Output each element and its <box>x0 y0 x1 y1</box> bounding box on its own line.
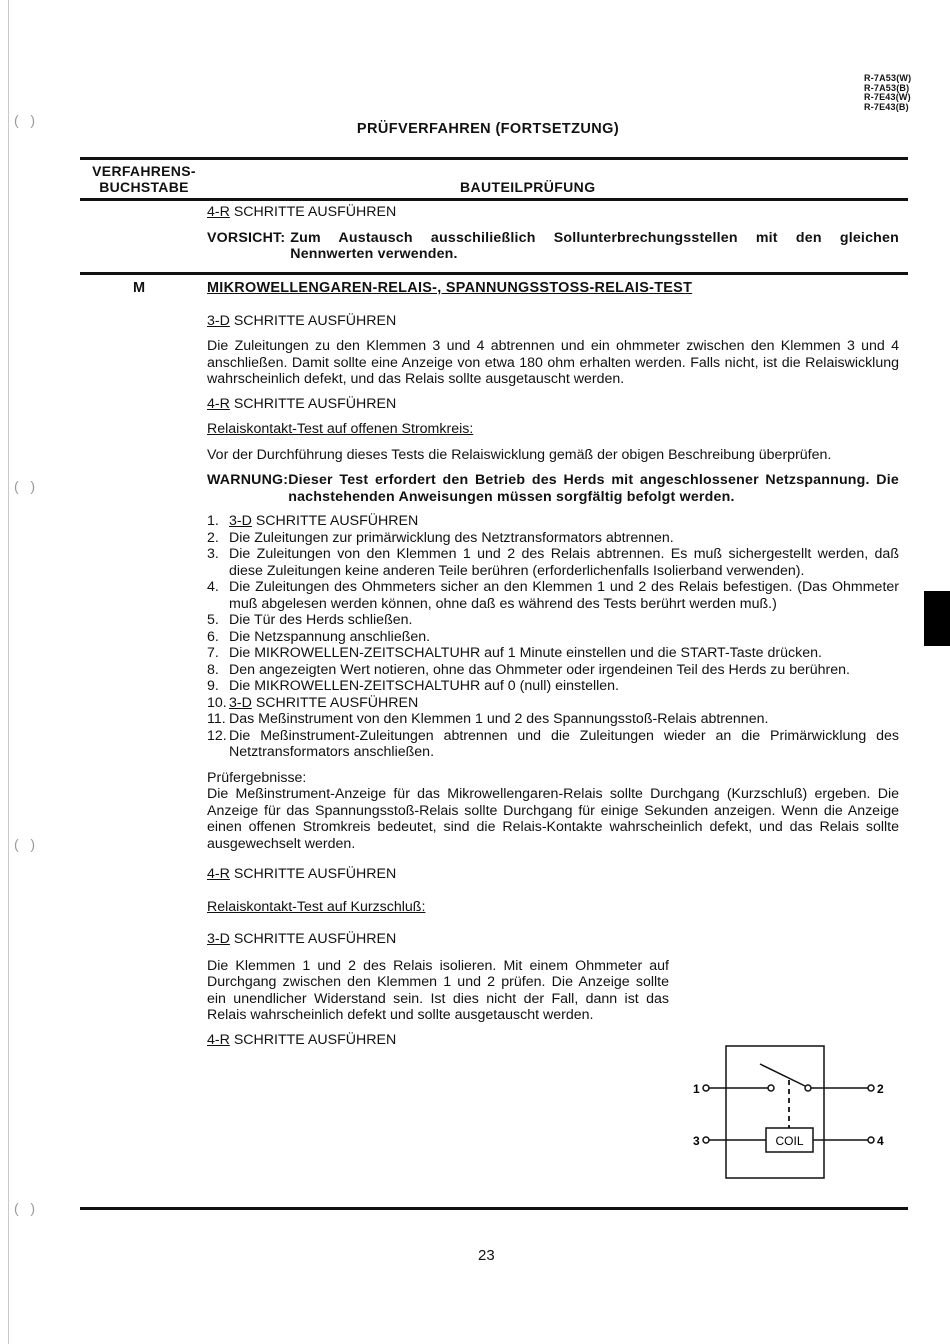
step-number: 7. <box>207 645 229 662</box>
relay-diagram: COIL 1 2 3 4 <box>690 1044 890 1184</box>
model-code: R-7E43(B) <box>864 103 911 113</box>
results-label: Prüfergebnisse: <box>207 770 899 787</box>
warning-label: WARNUNG: <box>207 472 288 505</box>
relay-housing <box>726 1046 824 1178</box>
procedure-step: 5.Die Tür des Herds schließen. <box>207 612 899 629</box>
step-text: SCHRITTE AUSFÜHREN <box>230 313 396 329</box>
section-title: MIKROWELLENGAREN-RELAIS-, SPANNUNGSSTOSS… <box>207 280 899 297</box>
step-text: SCHRITTE AUSFÜHREN <box>230 1032 396 1048</box>
footer-rule <box>80 1207 908 1210</box>
step-number: 3. <box>207 546 229 579</box>
step-number: 9. <box>207 678 229 695</box>
step-text: Die Tür des Herds schließen. <box>229 612 899 629</box>
step-number: 6. <box>207 629 229 646</box>
step-ref-text: SCHRITTE AUSFÜHREN <box>252 695 418 711</box>
step-text: Den angezeigten Wert notieren, ohne das … <box>229 662 899 679</box>
procedure-step: 4.Die Zuleitungen des Ohmmeters sicher a… <box>207 579 899 612</box>
step-number: 11. <box>207 711 229 728</box>
step-line: 3-D SCHRITTE AUSFÜHREN <box>207 931 899 948</box>
procedure-step: 8.Den angezeigten Wert notieren, ohne da… <box>207 662 899 679</box>
step-text: Die Zuleitungen von den Klemmen 1 und 2 … <box>229 546 899 579</box>
step-text: SCHRITTE AUSFÜHREN <box>230 396 396 412</box>
step-ref-link[interactable]: 4-R <box>207 396 230 412</box>
step-text: Die MIKROWELLEN-ZEITSCHALTUHR auf 0 (nul… <box>229 678 899 695</box>
section-letter: M <box>133 280 145 296</box>
step-text: Die Zuleitungen zur primärwicklung des N… <box>229 530 899 547</box>
short-circuit-paragraph: Die Klemmen 1 und 2 des Relais isolieren… <box>207 958 669 1024</box>
warning-note: WARNUNG: Dieser Test erfordert den Betri… <box>207 472 899 505</box>
step-number: 10. <box>207 695 229 712</box>
step-ref-link[interactable]: 4-R <box>207 204 230 220</box>
header-top-rule <box>80 157 908 160</box>
warning-text: Dieser Test erfordert den Betrieb des He… <box>288 472 899 505</box>
procedure-step: 9.Die MIKROWELLEN-ZEITSCHALTUHR auf 0 (n… <box>207 678 899 695</box>
subheading-short-circuit: Relaiskontakt-Test auf Kurzschluß: <box>207 899 899 916</box>
procedure-step: 7.Die MIKROWELLEN-ZEITSCHALTUHR auf 1 Mi… <box>207 645 899 662</box>
coil-test-paragraph: Die Zuleitungen zu den Klemmen 3 und 4 a… <box>207 338 899 388</box>
step-text: SCHRITTE AUSFÜHREN <box>230 204 396 220</box>
results-paragraph: Die Meßinstrument-Anzeige für das Mikrow… <box>207 786 899 852</box>
header-line: BUCHSTABE <box>80 179 208 195</box>
step-ref-link[interactable]: 3-D <box>207 931 230 947</box>
step-number: 4. <box>207 579 229 612</box>
step-text: 3-D SCHRITTE AUSFÜHREN <box>229 695 899 712</box>
header-line: VERFAHRENS- <box>80 163 208 179</box>
terminal-label: 2 <box>877 1082 884 1096</box>
step-ref-link[interactable]: 3-D <box>229 513 252 529</box>
terminal-label: 4 <box>877 1134 884 1148</box>
page-number: 23 <box>478 1247 495 1264</box>
procedure-step: 6.Die Netzspannung anschließen. <box>207 629 899 646</box>
step-number: 1. <box>207 513 229 530</box>
procedure-step: 10.3-D SCHRITTE AUSFÜHREN <box>207 695 899 712</box>
step-text: Die Netzspannung anschließen. <box>229 629 899 646</box>
step-number: 8. <box>207 662 229 679</box>
procedure-letter-header: VERFAHRENS- BUCHSTABE <box>80 163 208 195</box>
step-text: Die MIKROWELLEN-ZEITSCHALTUHR auf 1 Minu… <box>229 645 899 662</box>
component-test-header: BAUTEILPRÜFUNG <box>460 179 595 195</box>
previous-section: 4-R SCHRITTE AUSFÜHREN VORSICHT: Zum Aus… <box>207 204 899 263</box>
step-ref-link[interactable]: 4-R <box>207 1032 230 1048</box>
subheading-open-circuit: Relaiskontakt-Test auf offenen Stromkrei… <box>207 421 899 438</box>
model-codes: R-7A53(W) R-7A53(B) R-7E43(W) R-7E43(B) <box>864 74 911 112</box>
terminal-label: 1 <box>693 1082 700 1096</box>
caution-text: Zum Austausch ausschiließlich Sollunterb… <box>285 230 899 263</box>
section-m-content: MIKROWELLENGAREN-RELAIS-, SPANNUNGSSTOSS… <box>207 280 899 1048</box>
step-text: SCHRITTE AUSFÜHREN <box>230 931 396 947</box>
procedure-step: 12.Die Meßinstrument-Zuleitungen abtrenn… <box>207 728 899 761</box>
procedure-step: 2.Die Zuleitungen zur primärwicklung des… <box>207 530 899 547</box>
step-number: 2. <box>207 530 229 547</box>
terminal-label: 3 <box>693 1134 700 1148</box>
punch-hole: ( ) <box>14 478 40 500</box>
switch-contact <box>760 1064 805 1086</box>
procedure-steps: 1.3-D SCHRITTE AUSFÜHREN2.Die Zuleitunge… <box>207 513 899 761</box>
step-line: 4-R SCHRITTE AUSFÜHREN <box>207 866 899 883</box>
step-line: 4-R SCHRITTE AUSFÜHREN <box>207 396 899 413</box>
page-title: PRÜFVERFAHREN (FORTSETZUNG) <box>0 121 950 137</box>
caution-label: VORSICHT: <box>207 230 285 263</box>
section-divider <box>80 272 908 275</box>
step-text: Das Meßinstrument von den Klemmen 1 und … <box>229 711 899 728</box>
step-number: 5. <box>207 612 229 629</box>
procedure-step: 3.Die Zuleitungen von den Klemmen 1 und … <box>207 546 899 579</box>
procedure-step: 11.Das Meßinstrument von den Klemmen 1 u… <box>207 711 899 728</box>
step-ref-link[interactable]: 3-D <box>229 695 252 711</box>
step-text: SCHRITTE AUSFÜHREN <box>230 866 396 882</box>
thumb-index-tab <box>924 591 950 646</box>
step-ref-link[interactable]: 4-R <box>207 866 230 882</box>
punch-hole: ( ) <box>14 836 40 858</box>
step-ref-link[interactable]: 3-D <box>207 313 230 329</box>
step-number: 12. <box>207 728 229 761</box>
step-ref-text: SCHRITTE AUSFÜHREN <box>252 513 418 529</box>
caution-note: VORSICHT: Zum Austausch ausschiließlich … <box>207 230 899 263</box>
step-text: Die Meßinstrument-Zuleitungen abtrennen … <box>229 728 899 761</box>
step-line: 4-R SCHRITTE AUSFÜHREN <box>207 204 899 221</box>
procedure-step: 1.3-D SCHRITTE AUSFÜHREN <box>207 513 899 530</box>
step-text: 3-D SCHRITTE AUSFÜHREN <box>229 513 899 530</box>
coil-label: COIL <box>775 1134 803 1148</box>
header-bottom-rule <box>80 198 908 201</box>
pre-check-paragraph: Vor der Durchführung dieses Tests die Re… <box>207 447 899 464</box>
binder-edge <box>8 0 9 1344</box>
step-line: 3-D SCHRITTE AUSFÜHREN <box>207 313 899 330</box>
step-text: Die Zuleitungen des Ohmmeters sicher an … <box>229 579 899 612</box>
punch-hole: ( ) <box>14 1200 40 1222</box>
